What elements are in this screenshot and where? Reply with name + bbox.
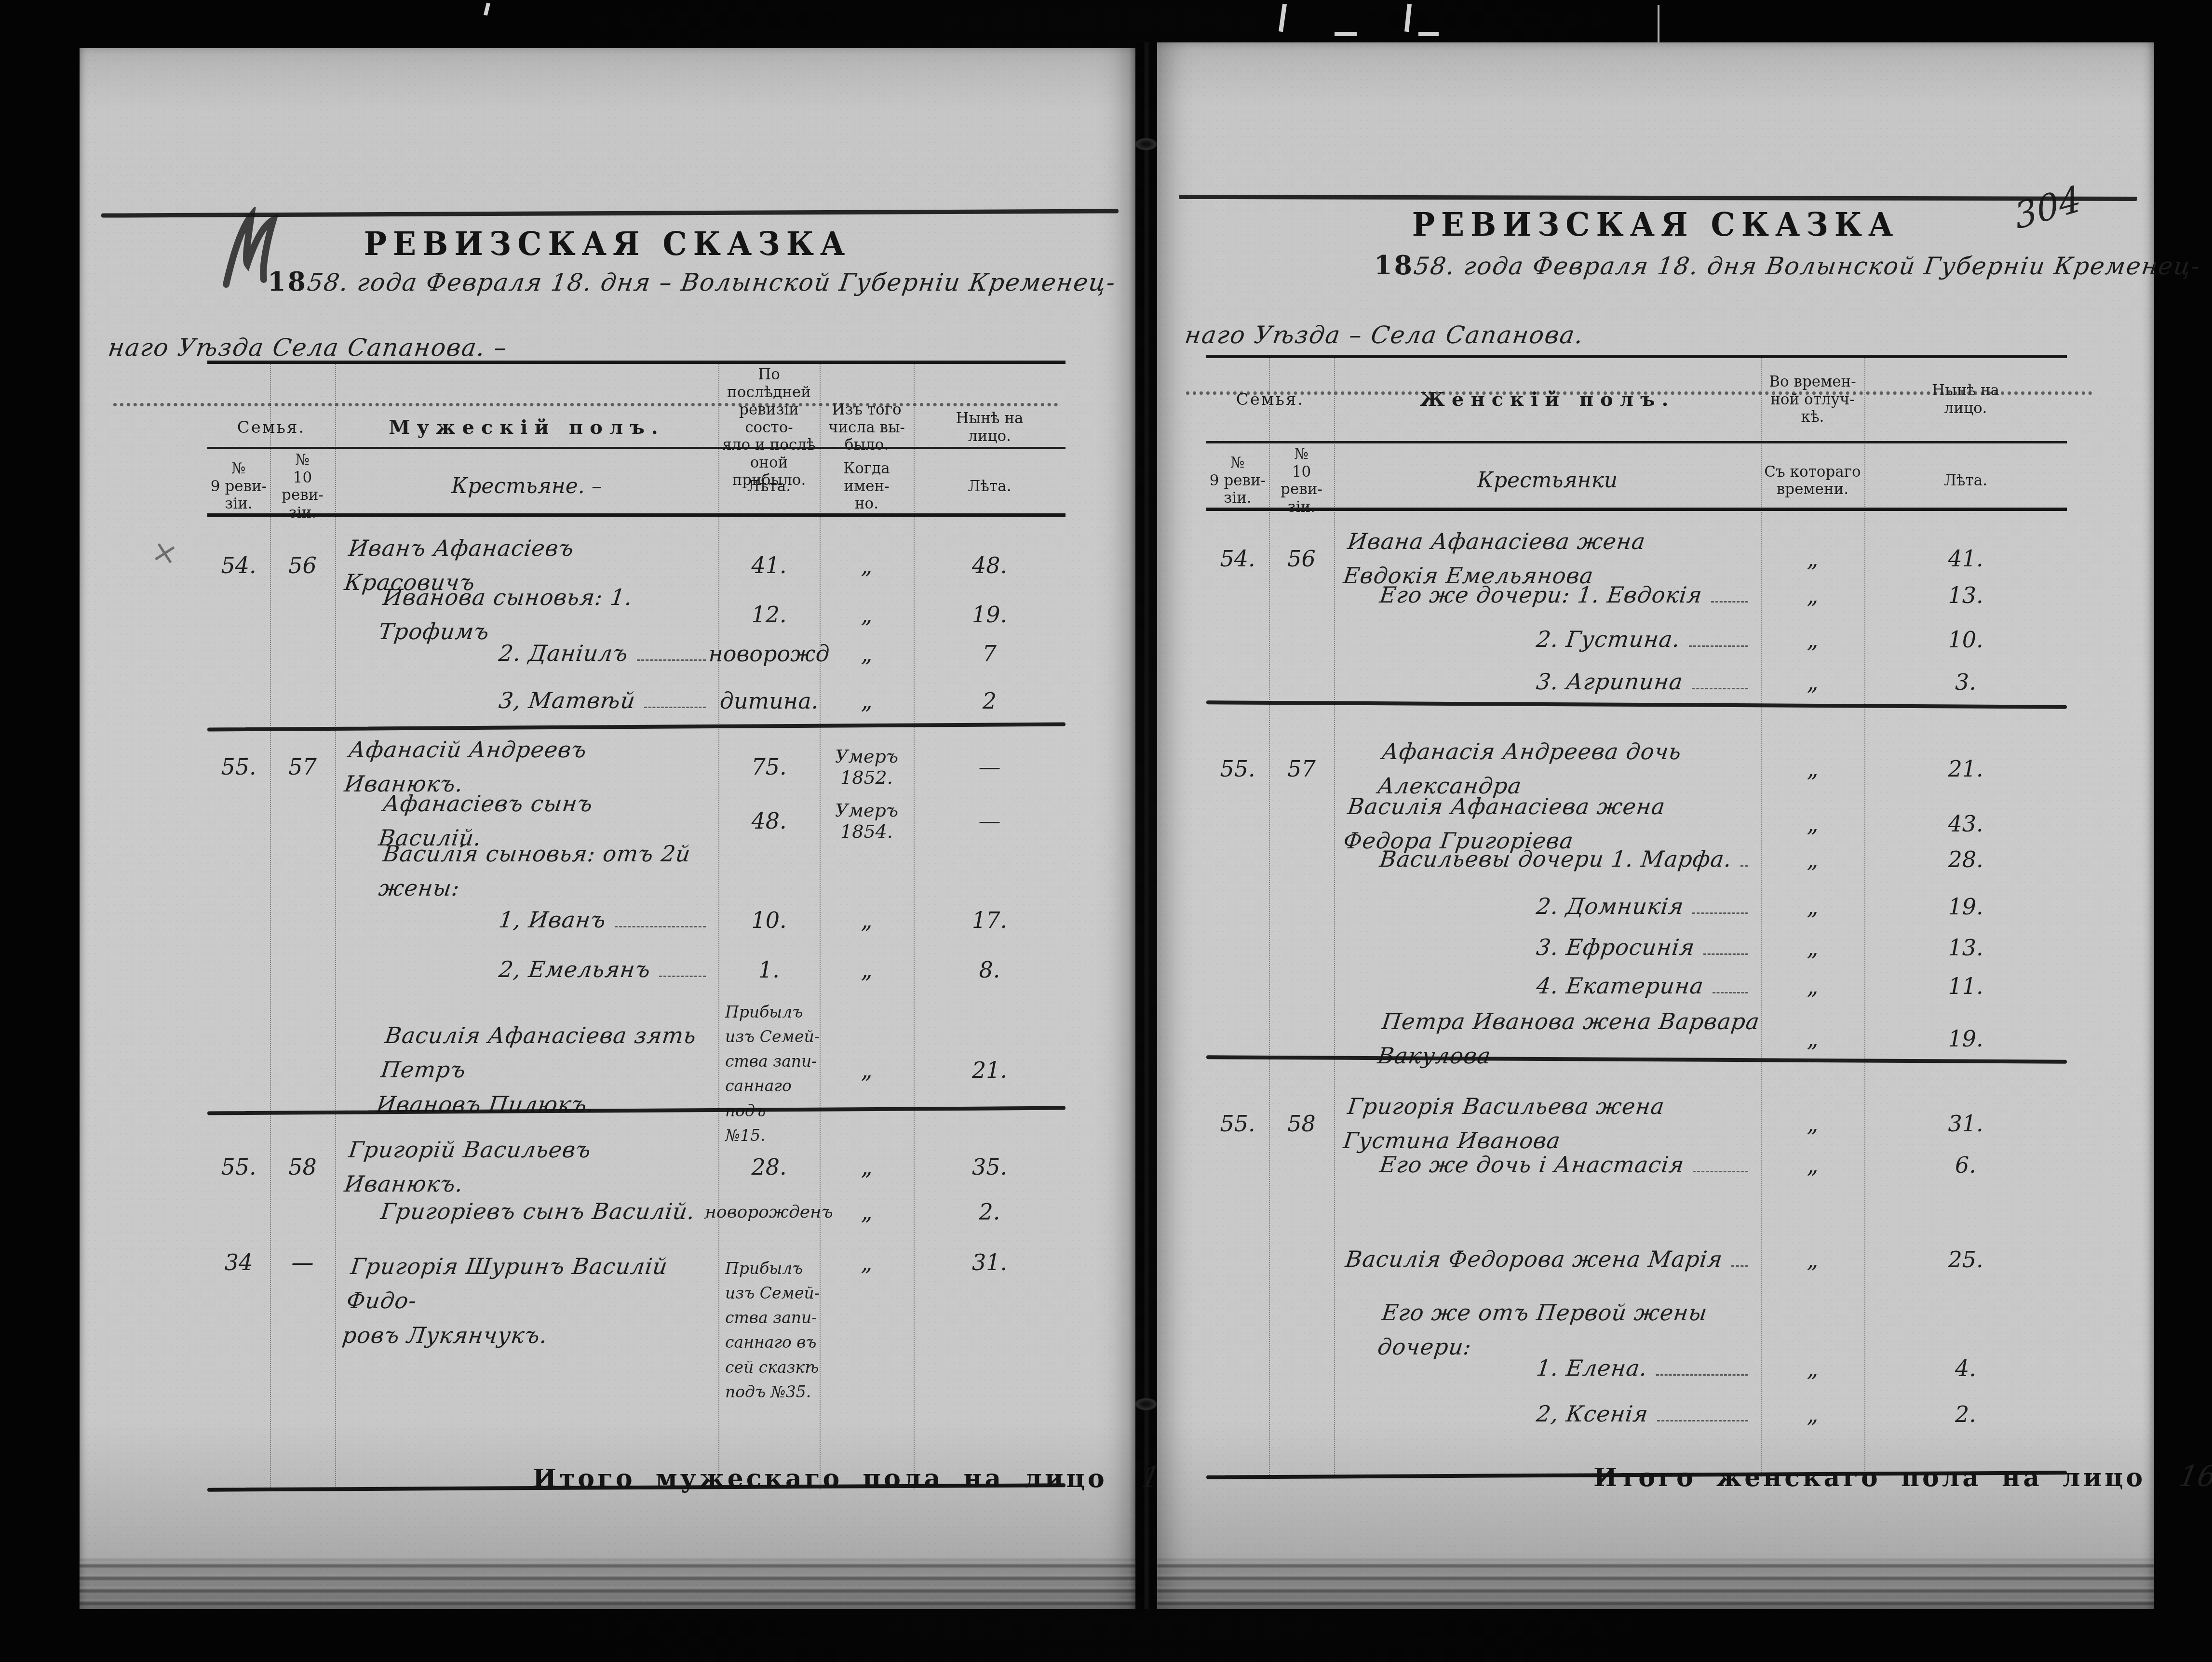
table-row: 55. 58 Григорій Васильевъ Иванюкъ. 28. „… — [207, 1133, 1066, 1187]
absence-since: „ — [1761, 1026, 1864, 1052]
leader-line — [1692, 688, 1748, 689]
film-notch-icon — [484, 2, 490, 15]
family-no-10th: 56 — [270, 552, 335, 578]
age-current: 13. — [1864, 935, 2067, 961]
absence-since: „ — [1761, 973, 1864, 999]
table-body: 54. 56 Иванъ Афанасіевъ Красовичъ 41. „ … — [207, 531, 1066, 1486]
total-value: 16 — [2176, 1460, 2212, 1493]
person-entry: 2, Ксенія — [1334, 1397, 1761, 1431]
age-current: 2 — [914, 688, 1066, 714]
leader-line — [659, 976, 706, 977]
person-entry: Петра Иванова жена Варвара Вакулова — [1334, 1005, 1761, 1073]
date-heading: 1858. года Февраля 18. дня – Волынской Г… — [268, 266, 1116, 297]
age-current: 19. — [1864, 1026, 2067, 1052]
male-total: Итого мужескаго пола на лицо 10. — [533, 1461, 1187, 1494]
person-entry: 3. Агрипина — [1334, 665, 1761, 699]
table-body: 54. 56 Ивана Афанасіева жена Евдокія Еме… — [1206, 524, 2067, 1473]
handwritten-date: 58. года Февраля 18. дня – Волынской Губ… — [306, 268, 1118, 296]
absence-since: „ — [1761, 1111, 1864, 1137]
family-no-10th: 58 — [270, 1154, 335, 1180]
table-row: 54. 56 Ивана Афанасіева жена Евдокія Еме… — [1206, 524, 2067, 573]
absence-since: „ — [1761, 582, 1864, 608]
age-current: 21. — [914, 1057, 1066, 1083]
leader-line — [1713, 992, 1748, 993]
leader-line — [637, 659, 706, 661]
male-revision-table: Семья. Мужескій полъ. По послѣдней ревиз… — [207, 361, 1066, 1489]
table-row: 2, Емельянъ 1. „ 8. — [207, 947, 1066, 993]
female-revision-table: Семья. Женскій полъ. Во времен- ной отлу… — [1206, 355, 2067, 1477]
family-no-9th: 55. — [207, 1154, 270, 1180]
header-since-when: Съ котораго времени. — [1761, 443, 1864, 518]
pencil-cross-mark: × — [148, 533, 181, 573]
header-10th-revision-no: № 10 реви- зіи. — [1269, 443, 1334, 518]
leader-line — [1692, 912, 1748, 914]
table-header-row: Семья. Мужескій полъ. По послѣдней ревиз… — [207, 364, 1066, 449]
family-no-9th: 55. — [207, 754, 270, 780]
header-temporary-absence: Во времен- ной отлуч- кѣ. — [1761, 358, 1864, 441]
table-row: Его же дочь і Анастасія „ 6. — [1206, 1144, 2067, 1186]
age-current: 10. — [1864, 627, 2067, 653]
age-current: 17. — [914, 907, 1066, 933]
absence-since: „ — [1761, 546, 1864, 572]
age-current: 35. — [914, 1154, 1066, 1180]
table-subheader-row: № 9 реви- зіи. № 10 реви- зіи. Крестьянк… — [1206, 443, 2067, 511]
film-notch-icon — [1418, 32, 1439, 36]
age-last-revision: новорожд — [718, 641, 820, 667]
departure-note: „ — [820, 957, 914, 983]
family-no-10th: 57 — [1269, 756, 1334, 782]
leader-line — [1657, 1420, 1748, 1421]
family-no-10th: 58 — [1269, 1111, 1334, 1137]
table-row: 3. Ефросинія „ 13. — [1206, 927, 2067, 968]
absence-since: „ — [1761, 1355, 1864, 1381]
age-last-revision: дитина. — [718, 688, 820, 714]
family-no-9th: 54. — [207, 552, 270, 578]
table-row: 55. 57 Афанасія Андреева дочь Александра… — [1206, 735, 2067, 790]
table-row: 55. 58 Григорія Васильева жена Густина И… — [1206, 1089, 2067, 1144]
table-row: Григоріевъ сынъ Василій. новорожденъ „ 2… — [207, 1187, 1066, 1237]
header-10th-revision-no: № 10 реви- зіи. — [270, 449, 335, 523]
header-9th-revision-no: № 9 реви- зіи. — [1206, 443, 1269, 518]
person-entry: 1, Иванъ — [335, 903, 718, 937]
person-entry: 2. Домникія — [1334, 889, 1761, 924]
place-heading: наго Уѣзда Села Сапанова. – — [107, 334, 509, 362]
header-female-sex: Женскій полъ. — [1334, 358, 1761, 441]
table-row: Его же отъ Первой жены дочери: — [1206, 1296, 2067, 1342]
age-last-revision: 41. — [718, 552, 820, 578]
absence-since: „ — [1761, 669, 1864, 695]
page-title: РЕВИЗСКАЯ СКАЗКА — [80, 224, 1135, 263]
total-label: Итого мужескаго пола на лицо — [533, 1464, 1107, 1493]
age-current: 21. — [1864, 756, 2067, 782]
estate-label: Крестьяне. – — [335, 449, 718, 523]
place-heading: наго Уѣзда – Села Сапанова. — [1183, 321, 1586, 349]
age-current: 6. — [1864, 1152, 2067, 1178]
table-row: 2. Густина. „ 10. — [1206, 618, 2067, 661]
scanned-book-spread: × РЕВИЗСКАЯ СКАЗКА 1858. года Февраля 18… — [0, 0, 2212, 1662]
right-page: 304 РЕВИЗСКАЯ СКАЗКА 1858. года Февраля … — [1157, 42, 2154, 1609]
age-current: 7 — [914, 641, 1066, 667]
table-row: 4. Екатерина „ 11. — [1206, 968, 2067, 1005]
departure-note: „ — [820, 688, 914, 714]
leader-line — [615, 926, 706, 927]
age-current: 2. — [1864, 1401, 2067, 1427]
leader-line — [704, 1218, 706, 1219]
family-no-9th: 55. — [1206, 756, 1269, 782]
binding-stitch — [1135, 138, 1157, 150]
film-notch-icon — [1404, 4, 1412, 32]
departure-note: „ — [820, 1154, 914, 1180]
table-row: Василія Афанасіева жена Федора Григоріев… — [1206, 790, 2067, 833]
absence-since: „ — [1761, 1246, 1864, 1273]
table-row: Петра Иванова жена Варвара Вакулова „ 19… — [1206, 1005, 2067, 1048]
age-last-revision: 75. — [718, 754, 820, 780]
departure-note: „ — [820, 1057, 914, 1083]
age-last-revision: 10. — [718, 907, 820, 933]
table-row: Его же дочери: 1. Евдокія „ 13. — [1206, 573, 2067, 618]
departure-note: „ — [820, 552, 914, 578]
family-no-10th: 57 — [270, 754, 335, 780]
age-current: — — [914, 754, 1066, 780]
age-last-revision: 12. — [718, 602, 820, 628]
table-row: Василія Афанасіева зять Петръ Ивановъ Пи… — [207, 993, 1066, 1109]
arrival-note: Прибылъ изъ Семей- ства запи- саннаго по… — [718, 993, 820, 1148]
header-years: Лѣта. — [718, 449, 820, 523]
leader-line — [1689, 645, 1748, 647]
leader-line — [1656, 1374, 1748, 1376]
table-row: 54. 56 Иванъ Афанасіевъ Красовичъ 41. „ … — [207, 531, 1066, 580]
family-no-9th: 54. — [1206, 546, 1269, 572]
date-heading: 1858. года Февраля 18. дня Волынской Губ… — [1374, 250, 2201, 281]
person-entry: 2. Даніилъ — [335, 636, 718, 670]
departure-note: Умеръ 1852. — [820, 746, 914, 788]
leader-line — [1711, 601, 1748, 603]
absence-since: „ — [1761, 756, 1864, 782]
table-row: 55. 57 Афанасій Андреевъ Иванюкъ. 75. Ум… — [207, 733, 1066, 787]
table-row: 3, Матвѣй дитина. „ 2 — [207, 677, 1066, 725]
header-now-present: Нынѣ на лицо. — [1864, 358, 2067, 441]
family-no-9th: 34 — [207, 1249, 270, 1275]
binding-seam — [1145, 42, 1146, 1609]
age-current: — — [914, 808, 1066, 834]
absence-since: „ — [1761, 627, 1864, 653]
header-when-exactly: Когда имен- но. — [820, 449, 914, 523]
header-9th-revision-no: № 9 реви- зіи. — [207, 449, 270, 523]
person-entry: Григорія Шуринъ Василій Фидо- ровъ Лукян… — [335, 1249, 718, 1353]
age-last-revision: 1. — [718, 957, 820, 983]
person-entry: Его же дочь і Анастасія — [1334, 1148, 1761, 1182]
header-years: Лѣта. — [914, 449, 1066, 523]
leader-line — [1693, 1171, 1748, 1172]
age-current: 8. — [914, 957, 1066, 983]
arrival-note: Прибылъ изъ Семей- ства запи- саннаго въ… — [718, 1249, 820, 1404]
left-page: × РЕВИЗСКАЯ СКАЗКА 1858. года Февраля 18… — [80, 48, 1135, 1609]
table-row: 2. Домникія „ 19. — [1206, 886, 2067, 927]
person-entry: 4. Екатерина — [1334, 969, 1761, 1003]
absence-since: „ — [1761, 1401, 1864, 1427]
person-entry: 3. Ефросинія — [1334, 930, 1761, 965]
person-entry: 1. Елена. — [1334, 1351, 1761, 1385]
family-no-9th: 55. — [1206, 1111, 1269, 1137]
person-entry: Григоріевъ сынъ Василій. — [335, 1194, 718, 1229]
binding-stitch — [1135, 1398, 1157, 1410]
family-no-10th: 56 — [1269, 546, 1334, 572]
leader-line — [1703, 953, 1748, 955]
departure-note: Умеръ 1854. — [820, 800, 914, 842]
leader-line — [1731, 1265, 1748, 1267]
table-header-row: Семья. Женскій полъ. Во времен- ной отлу… — [1206, 358, 2067, 443]
departure-note: „ — [820, 907, 914, 933]
estate-label: Крестьянки — [1334, 443, 1761, 518]
age-current: 31. — [914, 1249, 1066, 1275]
table-row: Афанасіевъ сынъ Василій. 48. Умеръ 1854.… — [207, 787, 1066, 837]
film-notch-icon — [1279, 4, 1287, 32]
age-current: 19. — [1864, 894, 2067, 920]
person-entry: 2, Емельянъ — [335, 952, 718, 987]
age-current: 25. — [1864, 1246, 2067, 1273]
table-row: 2. Даніилъ новорожд „ 7 — [207, 630, 1066, 677]
leader-line — [644, 707, 706, 708]
page-title: РЕВИЗСКАЯ СКАЗКА — [1157, 205, 2154, 243]
age-current: 28. — [1864, 846, 2067, 872]
age-current: 19. — [914, 602, 1066, 628]
person-entry: Васильевы дочери 1. Марфа. — [1334, 842, 1761, 876]
age-current: 13. — [1864, 582, 2067, 608]
age-last-revision: 48. — [718, 808, 820, 834]
age-current: 11. — [1864, 973, 2067, 999]
family-no-10th: — — [270, 1249, 335, 1275]
age-current: 4. — [1864, 1355, 2067, 1381]
person-entry: Василія Федорова жена Марія — [1334, 1242, 1761, 1276]
table-row: 3. Агрипина „ 3. — [1206, 661, 2067, 703]
person-entry: Его же дочери: 1. Евдокія — [1334, 578, 1761, 612]
table-row: 34 — Григорія Шуринъ Василій Фидо- ровъ … — [207, 1237, 1066, 1408]
table-row: 2, Ксенія „ 2. — [1206, 1395, 2067, 1434]
age-last-revision: 28. — [718, 1154, 820, 1180]
person-entry: 2. Густина. — [1334, 622, 1761, 657]
leader-line — [1740, 865, 1748, 867]
age-current: 31. — [1864, 1111, 2067, 1137]
age-current: 2. — [914, 1199, 1066, 1225]
age-current: 3. — [1864, 669, 2067, 695]
table-row: Василія Федорова жена Марія „ 25. — [1206, 1223, 2067, 1296]
absence-since: „ — [1761, 935, 1864, 961]
age-current: 48. — [914, 552, 1066, 578]
person-entry: Василія Афанасіева зять Петръ Ивановъ Пи… — [335, 1019, 718, 1122]
absence-since: „ — [1761, 894, 1864, 920]
header-years: Лѣта. — [1864, 443, 2067, 518]
table-row: 1, Иванъ 10. „ 17. — [207, 894, 1066, 947]
total-label: Итого женскаго пола на лицо — [1593, 1463, 2145, 1492]
handwritten-date: 58. года Февраля 18. дня Волынской Губер… — [1412, 252, 2202, 280]
table-row: Иванова сыновья: 1. Трофимъ 12. „ 19. — [207, 580, 1066, 630]
absence-since: „ — [1761, 1152, 1864, 1178]
table-subheader-row: № 9 реви- зіи. № 10 реви- зіи. Крестьяне… — [207, 449, 1066, 517]
age-current: 41. — [1864, 546, 2067, 572]
film-notch-icon — [1335, 32, 1357, 36]
absence-since: „ — [1761, 846, 1864, 872]
header-family: Семья. — [1206, 358, 1334, 441]
table-row: Васильевы дочери 1. Марфа. „ 28. — [1206, 833, 2067, 886]
departure-note: „ — [820, 1249, 914, 1275]
departure-note: „ — [820, 1199, 914, 1225]
female-total: Итого женскаго пола на лицо 16 — [1593, 1460, 2212, 1493]
age-last-revision: новорожденъ — [718, 1202, 820, 1222]
printed-year-prefix: 18 — [1374, 250, 1414, 281]
person-entry: 3, Матвѣй — [335, 684, 718, 718]
departure-note: „ — [820, 602, 914, 628]
printed-year-prefix: 18 — [268, 266, 308, 297]
table-row: 1. Елена. „ 4. — [1206, 1342, 2067, 1395]
page-top-rule — [1179, 195, 2137, 201]
table-row: Василія сыновья: отъ 2й жены: — [207, 837, 1066, 894]
departure-note: „ — [820, 641, 914, 667]
